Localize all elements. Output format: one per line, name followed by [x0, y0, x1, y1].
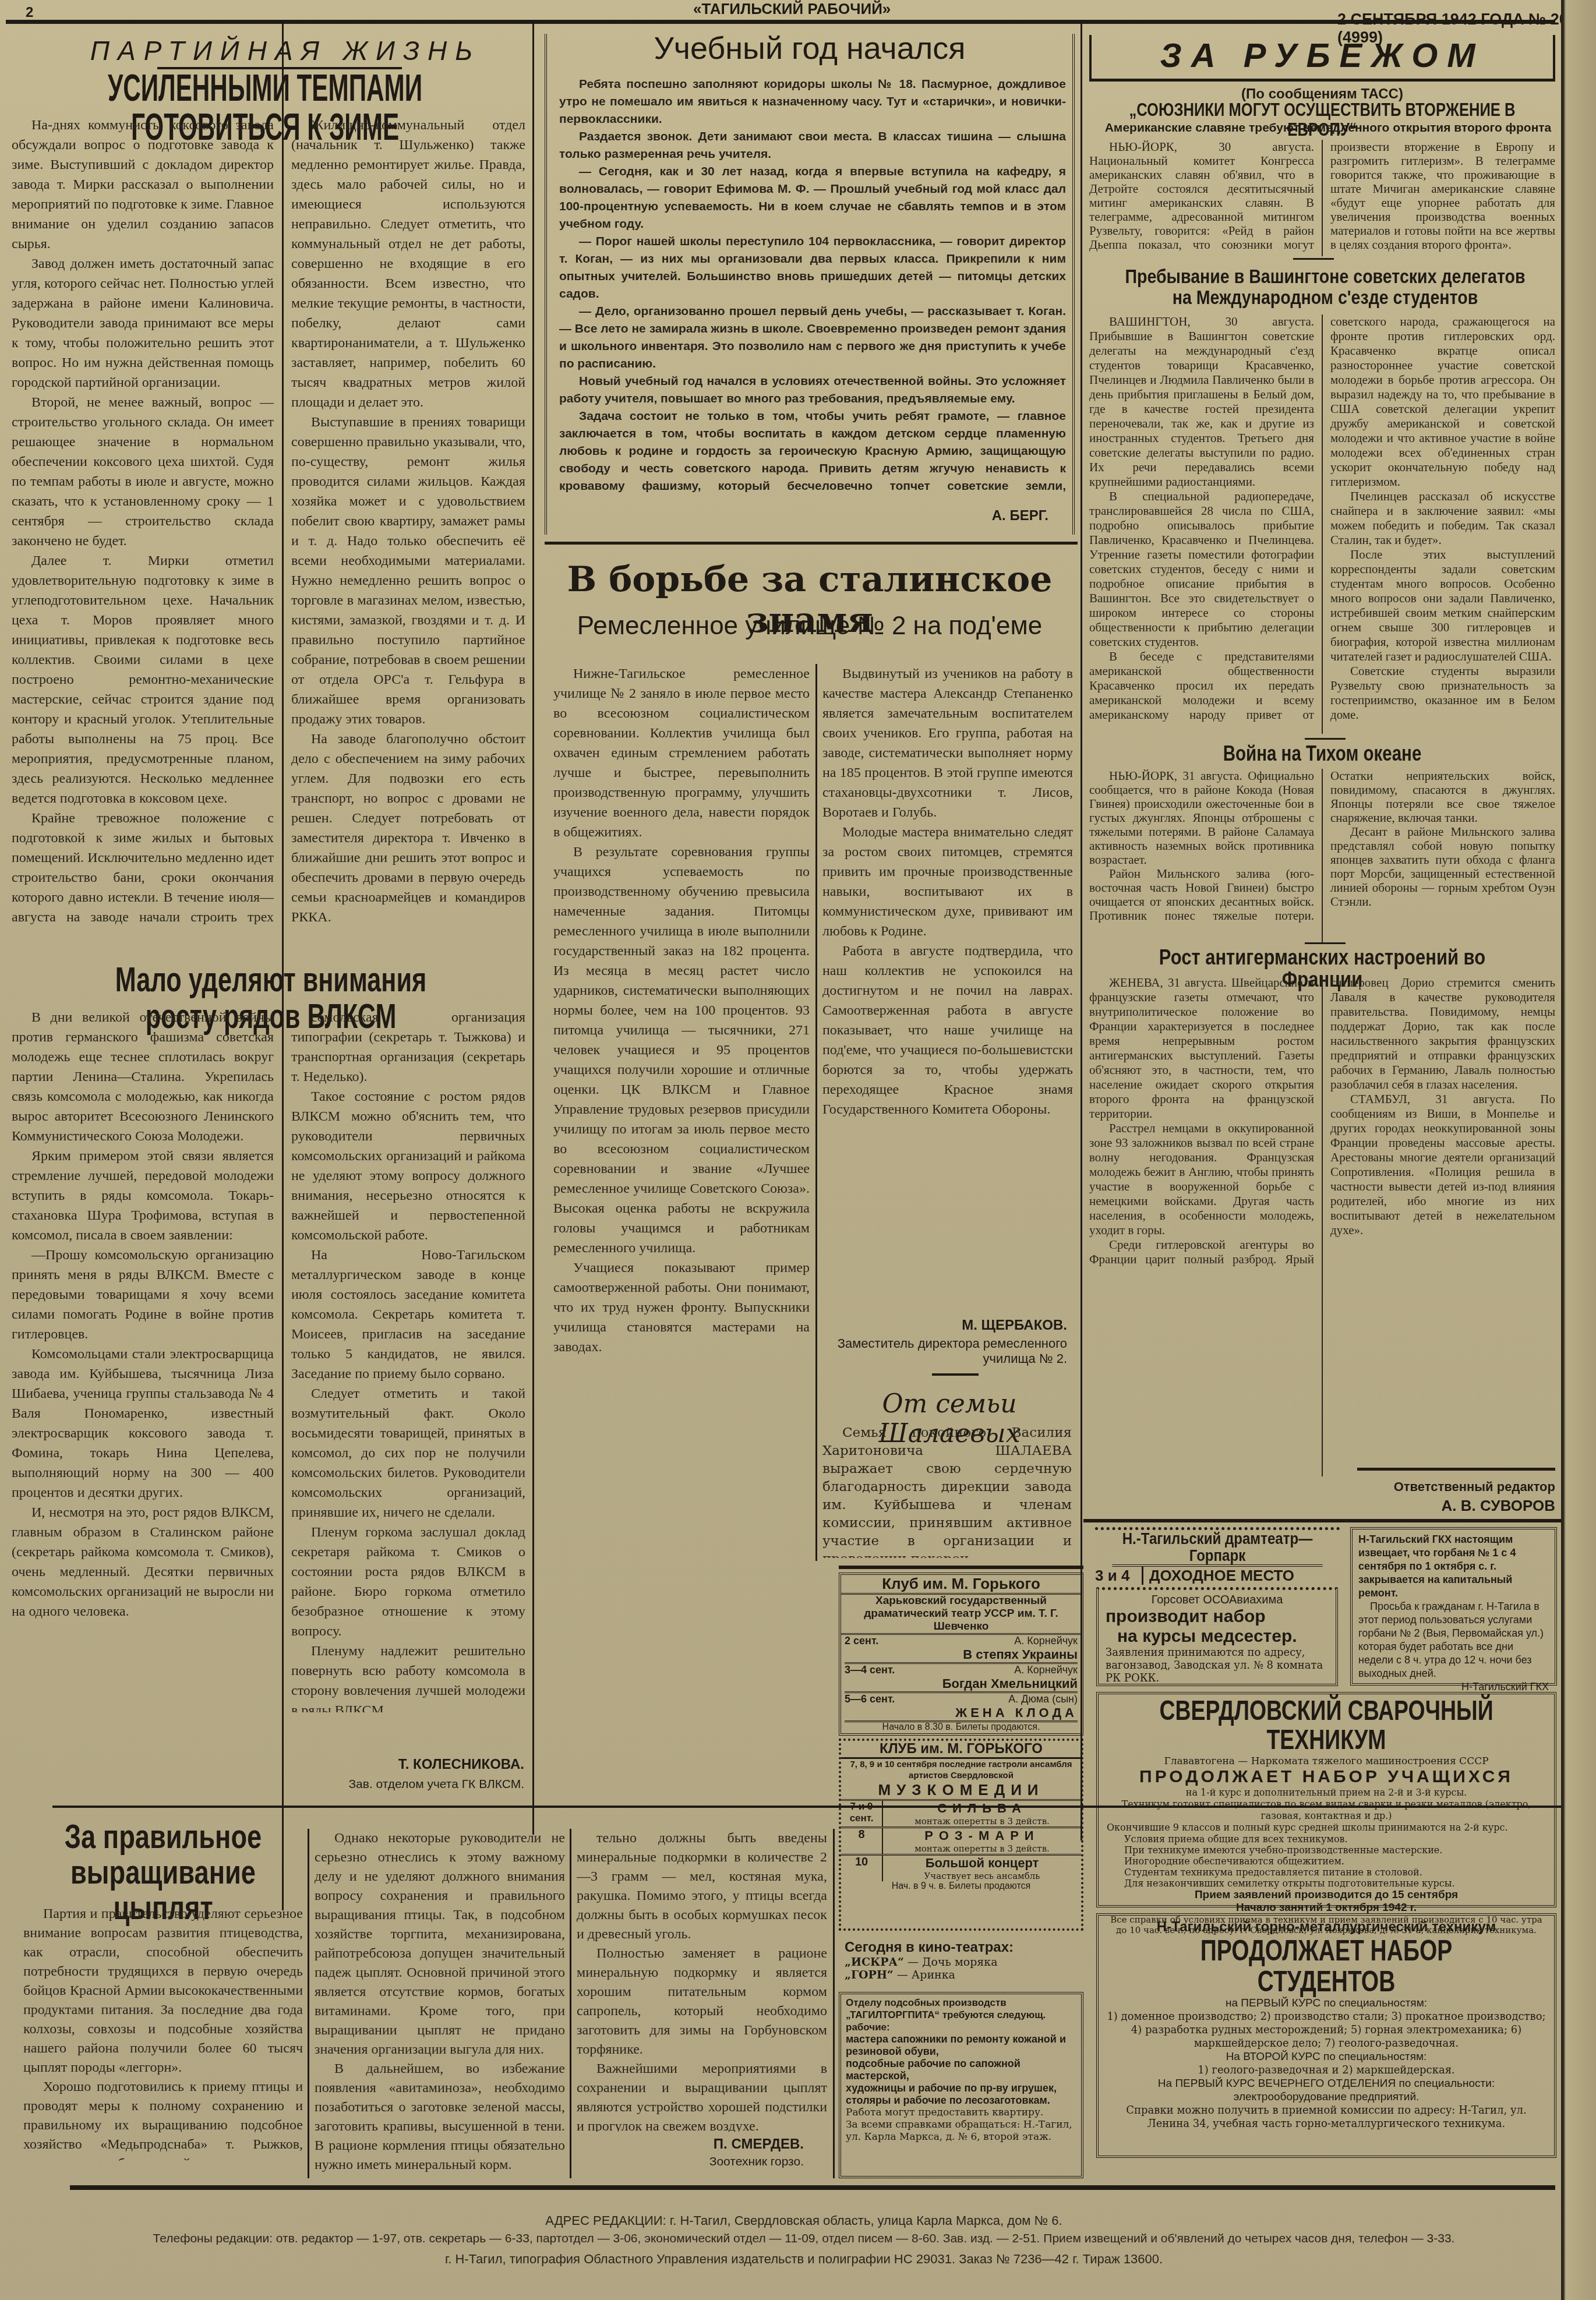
ad-line: 1) геолого-разведочная и 2) маркшейдерск…: [1107, 2064, 1546, 2077]
paragraph: Такое состояние с ростом рядов ВЛКСМ мож…: [291, 1087, 525, 1245]
article-chicks-col3: тельно должны быть введены минеральные п…: [577, 1829, 827, 2132]
show-title: ЖЕНА КЛОДА: [845, 1705, 1078, 1720]
ad-kharkov-theatre: Клуб им. М. Горького Харьковский государ…: [839, 1573, 1083, 1736]
ad-line: Окончившие 9 классов и полный курс средн…: [1107, 1822, 1546, 1833]
ad-line: на ПЕРВЫЙ КУРС по специальностям:: [1107, 1997, 1546, 2010]
ad-line: На ВТОРОЙ КУРС по специальностям:: [1107, 2050, 1546, 2064]
paragraph: В дни великой отечественной войны против…: [12, 1008, 274, 1146]
show-date: 8: [841, 1828, 883, 1854]
paragraph: Новый учебный год начался в условиях оте…: [559, 373, 1066, 408]
signature-smerdev: П. СМЕРДЕВ.: [582, 2136, 804, 2153]
ad-line: Условия приема общие для всех техникумов…: [1107, 1833, 1546, 1845]
article-chicks-col1: Партия и правительство уделяют серьезное…: [23, 1905, 303, 2161]
article-washington: ВАШИНГТОН, 30 августа. Прибывшие в Вашин…: [1089, 315, 1555, 734]
paragraph: После этих выступлений корреспонденты за…: [1330, 547, 1555, 664]
paragraph: Завод должен иметь достаточный запас угл…: [12, 254, 274, 393]
ad-headline: на курсы медсестер.: [1106, 1627, 1329, 1647]
paragraph: На-днях коммунисты коксового завода обсу…: [12, 115, 274, 254]
ad-footer: Нач. в 9 ч. в. Билеты продаются: [841, 1881, 1081, 1892]
show-note: Участвует весь ансамбль: [883, 1871, 1081, 1881]
show-author: А. Дюма (сын): [1008, 1693, 1078, 1705]
headline-washington: Пребывание в Вашингтоне советских делега…: [1122, 267, 1528, 308]
page-edge: [1561, 0, 1596, 2300]
paragraph: Пленуму надлежит решительно повернуть вс…: [291, 1641, 525, 1712]
section-rule: [839, 1566, 1083, 1569]
ad-line: На ПЕРВЫЙ КУРС ВЕЧЕРНЕГО ОТДЕЛЕНИЯ по сп…: [1107, 2077, 1546, 2104]
footer-rule: [70, 2185, 1555, 2190]
show-date: 3 и 4: [1095, 1567, 1143, 1585]
ad-title: Н-Тагильский горно-металлургический техн…: [1107, 1919, 1546, 1935]
article-school: Ребята поспешно заполняют коридоры школы…: [559, 76, 1066, 495]
separator: [1293, 258, 1334, 260]
paragraph: Партийное собрание приняло решение, кото…: [291, 927, 525, 931]
ad-footer: Начало в 8.30 в. Билеты продаются.: [845, 1722, 1078, 1733]
paragraph: Следует отметить и такой возмутительный …: [291, 1384, 525, 1522]
paragraph: Хорошо подготовились к приему птицы и пр…: [23, 2078, 303, 2161]
editor-name: А. В. СУВОРОВ: [1357, 1497, 1555, 1515]
paragraph: — Дело, организованно прошел первый день…: [559, 303, 1066, 373]
separator-ornament: [932, 1373, 979, 1376]
ad-cinema: Сегодня в кино-театрах: „ИСКРА“ — Дочь м…: [845, 1939, 1083, 1989]
ad-request: Просьба к гражданам г. Н-Тагила в этот п…: [1358, 1600, 1549, 1680]
cinema-film: Дочь моряка: [922, 1956, 997, 1969]
ad-subtitle: Глававтогена — Наркомата тяжелого машино…: [1107, 1755, 1546, 1767]
paragraph: Раздается звонок. Дети занимают свои мес…: [559, 128, 1066, 163]
paper-name: «ТАГИЛЬСКИЙ РАБОЧИЙ»: [693, 0, 891, 18]
show-author: А. Корнейчук: [1014, 1635, 1078, 1647]
job-item: подсобные рабочие по сапожной мастерской…: [846, 2058, 1076, 2082]
article-chicks-col2: Однако некоторые руководители не серьезн…: [315, 1829, 565, 2178]
paragraph: И, несмотря на это, рост рядов ВЛКСМ, гл…: [12, 1503, 274, 1621]
ad-text: Н-Тагильский ГКХ настоящим извещает, что…: [1358, 1533, 1549, 1600]
ad-title: СВЕРДЛОВСКИЙ СВАРОЧНЫЙ ТЕХНИКУМ: [1155, 1697, 1498, 1755]
signature-title: Зав. отделом учета ГК ВЛКСМ.: [291, 1778, 524, 1792]
show-title: ДОХОДНОЕ МЕСТО: [1143, 1567, 1294, 1585]
editor-rule: [1357, 1468, 1555, 1471]
rubric-party-life: ПАРТИЙНАЯ ЖИЗНЬ: [52, 35, 518, 66]
ad-troupe: МУЗКОМЕДИИ: [841, 1781, 1081, 1801]
ad-dramtheatre: Н.-Тагильский драмтеатр—Горпарк 3 и 4 ДО…: [1095, 1527, 1340, 1571]
ad-muscomedy: КЛУБ им. М. ГОРЬКОГО 7, 8, 9 и 10 сентяб…: [839, 1739, 1083, 1931]
editorial-phones: Телефоны редакции: отв. редактор — 1-97,…: [35, 2232, 1573, 2246]
ad-title: Сегодня в кино-театрах:: [845, 1939, 1083, 1956]
article-school2-col1: Нижне-Тагильское ремесленное училище № 2…: [553, 664, 810, 1543]
job-item: столяры и рабочие по лесозаготовкам.: [846, 2094, 1076, 2107]
show-date: 10: [841, 1856, 883, 1881]
article-pacific: НЬЮ-ЙОРК, 31 августа. Официально сообщае…: [1089, 769, 1555, 944]
subheadline-slavs: Американские славяне требуют немедленног…: [1089, 121, 1567, 135]
ad-headline: производит набор: [1106, 1607, 1329, 1627]
headline-pacific-war: Война на Тихом океане: [1131, 743, 1513, 765]
paragraph: Нижне-Тагильское ремесленное училище № 2…: [553, 664, 810, 842]
article-winter-col1: На-днях коммунисты коксового завода обсу…: [12, 115, 274, 931]
ad-title: Н.-Тагильский драмтеатр—Горпарк: [1112, 1530, 1322, 1567]
section-rule: [1083, 1519, 1561, 1522]
paragraph: сомольская организация типографии (секре…: [291, 1008, 525, 1087]
ad-line: Техникум готовит специалистов по всем ви…: [1107, 1799, 1546, 1822]
paragraph: НЬЮ-ЙОРК, 30 августа. Национальный комит…: [1089, 140, 1555, 252]
show-title: Богдан Хмельницкий: [845, 1676, 1078, 1691]
ad-mining-technicum: Н-Тагильский горно-металлургический техн…: [1096, 1913, 1556, 2158]
cinema-venue: „ИСКРА“: [845, 1956, 904, 1969]
ad-line: Иногородние обеспечиваются общежитием.: [1107, 1856, 1546, 1867]
cinema-film: Аринка: [912, 1969, 955, 1981]
paragraph: Молодые мастера внимательно следят за ро…: [822, 822, 1073, 941]
headline-school-year: Учебный год начался: [582, 30, 1037, 66]
masthead-rule: [6, 20, 1555, 24]
schedule-row: 3—4 сент. А. Корнейчук Богдан Хмельницки…: [845, 1664, 1078, 1693]
paragraph: В результате соревнования группы учащихс…: [553, 842, 810, 1258]
ad-schedule: 2 сент. А. Корнейчук В степях Украины 3—…: [841, 1635, 1081, 1733]
ad-line: Для незакончивших семилетку открыты подг…: [1107, 1878, 1546, 1889]
schedule-row: 8 РОЗ-МАРИ монтаж оперетты в 3 действ.: [841, 1828, 1081, 1856]
paragraph: Выступавшие в прениях товарищи совершенн…: [291, 412, 525, 729]
ad-osoaviakhim: Горсовет ОСОАвиахима производит набор на…: [1096, 1587, 1338, 1686]
ad-note: Работа могут предоставить квартиру.: [846, 2107, 1076, 2119]
paragraph: В специальной радиопередаче, транслирова…: [1089, 489, 1314, 649]
paragraph: Расстрел немцами в оккупированной зоне 9…: [1089, 1121, 1314, 1238]
show-date: 2 сент.: [845, 1635, 878, 1647]
show-note: монтаж оперетты в 3 действ.: [883, 1843, 1081, 1854]
paragraph: ЖЕНЕВА, 31 августа. Швейцарские и францу…: [1089, 976, 1314, 1121]
cinema-venue: „ГОРН“: [845, 1969, 894, 1981]
paragraph: Полностью заменяет в рационе минеральную…: [577, 1944, 827, 2059]
ad-address: Заявления принимаются по адресу, вагонза…: [1106, 1647, 1329, 1685]
paragraph: На Ново-Тагильском металлургическом заво…: [291, 1245, 525, 1384]
job-item: мастера сапожники по ремонту кожаной и р…: [846, 2033, 1076, 2058]
ad-torgpit: Отделу подсобных производств „ТАГИЛТОРГП…: [839, 1992, 1083, 2178]
ad-subtitle: Харьковский государственный драматически…: [841, 1595, 1081, 1635]
cinema-row: „ИСКРА“ — Дочь моряка: [845, 1956, 1083, 1969]
ad-line: Справки можно получить в приемной комисс…: [1107, 2104, 1546, 2131]
newspaper-page: 2 «ТАГИЛЬСКИЙ РАБОЧИЙ» 2 СЕНТЯБРЯ 1942 Г…: [0, 0, 1596, 2300]
paragraph: Далее т. Мирки отметил удовлетворительну…: [12, 551, 274, 808]
ad-start: Начало занятий 1 октября 1942 г.: [1107, 1902, 1546, 1914]
paragraph: Важнейшими мероприятиями в сохранении и …: [577, 2059, 827, 2132]
article-france: ЖЕНЕВА, 31 августа. Швейцарские и францу…: [1089, 976, 1555, 1476]
column-divider: [570, 1829, 571, 2178]
job-item: художницы и рабочие по пр-ву игрушек,: [846, 2082, 1076, 2094]
paragraph: Семья покойного Василия Харитоновича ШАЛ…: [822, 1424, 1072, 1558]
column-divider: [532, 23, 534, 1835]
paragraph: Комсомольцами стали электросварщица заво…: [12, 1344, 274, 1503]
signature-title: Заместитель директора ремесленного учили…: [822, 1336, 1067, 1366]
paragraph: Второй, не менее важный, вопрос — строит…: [12, 393, 274, 551]
ad-welding-technicum: СВЕРДЛОВСКИЙ СВАРОЧНЫЙ ТЕХНИКУМ Глававто…: [1096, 1692, 1556, 1907]
paragraph: НЬЮ-ЙОРК, 31 августа. Официально сообщае…: [1089, 769, 1314, 867]
paragraph: Выдвинутый из учеников на работу в качес…: [822, 664, 1073, 822]
paragraph: Пчелинцев рассказал об искусстве снайпер…: [1330, 489, 1555, 547]
article-school2-col2: Выдвинутый из учеников на работу в качес…: [822, 664, 1073, 1316]
paragraph: — Сегодня, как и 30 лет назад, когда я в…: [559, 163, 1066, 233]
schedule-row: 7 и 9 сент. СИЛЬВА монтаж оперетты в 3 д…: [841, 1801, 1081, 1828]
paragraph: Работа в августе подтвердила, что наш ко…: [822, 941, 1073, 1119]
article-vlksm-col2: сомольская организация типографии (секре…: [291, 1008, 525, 1712]
paragraph: Пленум горкома заслушал доклад секретаря…: [291, 1522, 525, 1641]
paragraph: — Порог нашей школы переступило 104 перв…: [559, 233, 1066, 303]
paragraph: ВАШИНГТОН, 30 августа. Прибывшие в Вашин…: [1089, 315, 1314, 489]
show-date: 3—4 сент.: [845, 1664, 895, 1676]
paragraph: Крайне тревожное положение с подготовкой…: [12, 808, 274, 931]
ad-line: Студентам техникума предоставляется пита…: [1107, 1867, 1546, 1878]
editor-label: Ответственный редактор: [1357, 1479, 1555, 1495]
ad-contact: За всеми справками обращаться: Н.-Тагил,…: [846, 2119, 1076, 2143]
show-date: 7 и 9 сент.: [841, 1801, 883, 1826]
paragraph: Однако некоторые руководители не серьезн…: [315, 1829, 565, 2059]
schedule-row: 2 сент. А. Корнейчук В степях Украины: [845, 1635, 1078, 1664]
subheadline-school-2: Ремесленное училище № 2 на под'еме: [545, 612, 1075, 641]
signature-berg: А. БЕРГ.: [874, 508, 1048, 524]
ad-headline: ПРОДОЛЖАЕТ НАБОР УЧАЩИХСЯ: [1107, 1767, 1546, 1787]
show-note: монтаж оперетты в 3 действ.: [883, 1816, 1081, 1826]
show-date: 5—6 сент.: [845, 1693, 895, 1705]
ad-headline: ПРОДОЛЖАЕТ НАБОР СТУДЕНТОВ: [1155, 1935, 1498, 1997]
column-divider: [308, 1829, 309, 2178]
schedule-row: 10 Большой концерт Участвует весь ансамб…: [841, 1856, 1081, 1881]
show-title: СИЛЬВА: [883, 1801, 1081, 1816]
show-title: Большой концерт: [883, 1856, 1081, 1871]
paragraph: —Прошу комсомольскую организацию принять…: [12, 1245, 274, 1344]
ad-title: Клуб им. М. Горького: [841, 1575, 1081, 1595]
separator: [1305, 738, 1346, 740]
paragraph: Ярким примером этой связи является стрем…: [12, 1146, 274, 1245]
ad-line: на 1-й курс и дополнительный прием на 2-…: [1107, 1787, 1546, 1799]
paragraph: Десант в районе Мильнского залива предст…: [1330, 825, 1555, 909]
signature-title: Зоотехник горзо.: [582, 2155, 804, 2169]
ad-line: 1) доменное производство; 2) производств…: [1107, 2010, 1546, 2050]
article-vlksm-col1: В дни великой отечественной войны против…: [12, 1008, 274, 1776]
show-author: А. Корнейчук: [1014, 1664, 1078, 1676]
column-divider: [833, 1829, 835, 2178]
paragraph: Задача состоит не только в том, чтобы уч…: [559, 408, 1066, 495]
article-slavs: НЬЮ-ЙОРК, 30 августа. Национальный комит…: [1089, 140, 1555, 256]
signature-kolesnikova: Т. КОЛЕСНИКОВА.: [291, 1757, 524, 1773]
ad-line: Горсовет ОСОАвиахима: [1106, 1594, 1329, 1607]
shalaev-notice: Семья покойного Василия Харитоновича ШАЛ…: [822, 1424, 1072, 1558]
paragraph: Партия и правительство уделяют серьезное…: [23, 1905, 303, 2078]
section-rule: [545, 542, 1078, 545]
paragraph: тельно должны быть введены минеральные п…: [577, 1829, 827, 1944]
paragraph: Ребята поспешно заполняют коридоры школы…: [559, 76, 1066, 128]
editorial-address: АДРЕС РЕДАКЦИИ: г. Н-Тагил, Свердловская…: [58, 2213, 1549, 2228]
paragraph: Советские студенты выразили Рузвельту св…: [1330, 664, 1555, 722]
paragraph: На заводе благополучно обстоит дело с об…: [291, 729, 525, 927]
show-title: В степях Украины: [845, 1647, 1078, 1662]
column-divider: [815, 664, 817, 1561]
paragraph: СТАМБУЛ, 31 августа. По сообщениям из Ви…: [1330, 1092, 1555, 1238]
paragraph: Учащиеся показывают пример самоотверженн…: [553, 1258, 810, 1357]
paragraph: В дальнейшем, во избежание появления «ав…: [315, 2059, 565, 2175]
signature-shcherbakov: М. ЩЕРБАКОВ.: [822, 1317, 1067, 1334]
ad-subtitle: 7, 8, 9 и 10 сентября последние гастроли…: [841, 1759, 1081, 1781]
show-title: РОЗ-МАРИ: [883, 1828, 1081, 1843]
page-number: 2: [26, 5, 33, 21]
schedule-row: 5—6 сент. А. Дюма (сын) ЖЕНА КЛОДА: [845, 1693, 1078, 1722]
separator: [1305, 942, 1346, 944]
ad-title: КЛУБ им. М. ГОРЬКОГО: [841, 1741, 1081, 1759]
paragraph: Жилищно-коммунальный отдел (начальник т.…: [291, 115, 525, 412]
ad-deadline: Прием заявлений производится до 15 сентя…: [1107, 1889, 1546, 1902]
ad-intro: Отделу подсобных производств „ТАГИЛТОРГП…: [846, 1997, 1076, 2033]
article-winter-col2: Жилищно-коммунальный отдел (начальник т.…: [291, 115, 525, 931]
printer-info: г. Н-Тагил, типография Областного Управл…: [58, 2252, 1549, 2267]
cinema-row: „ГОРН“ — Аринка: [845, 1969, 1083, 1981]
rubric-abroad: ЗА РУБЕЖОМ: [1089, 36, 1555, 75]
ad-gkh: Н-Тагильский ГКХ настоящим извещает, что…: [1350, 1527, 1557, 1686]
ad-line: При техникуме имеются учебно-производств…: [1107, 1845, 1546, 1856]
